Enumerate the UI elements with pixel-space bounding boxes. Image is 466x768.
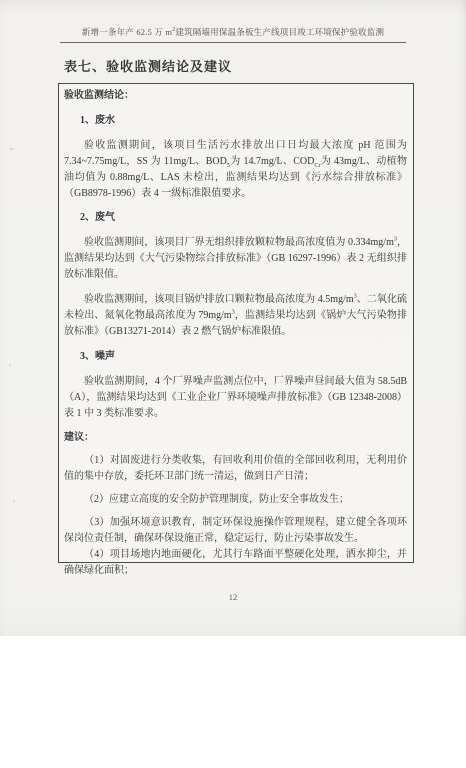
conclusion-heading: 验收监测结论： bbox=[64, 88, 407, 104]
scanned-document-page: 新增一条年产 62.5 万 m2建筑隔墙用保温条板生产线项目竣工环境保护验收监测… bbox=[0, 0, 466, 636]
section-title: 表七、验收监测结论及建议 bbox=[64, 56, 466, 75]
paragraph-fugitive-emissions: 验收监测期间，该项目厂界无组织排放颗粒物最高浓度值为 0.334mg/m3，监测… bbox=[64, 235, 407, 283]
page-number: 12 bbox=[0, 592, 466, 602]
subsection-heading-noise: 3、噪声 bbox=[64, 349, 407, 365]
suggestion-item-2: （2）应建立高度的安全防护管理制度，防止安全事故发生； bbox=[64, 492, 407, 508]
suggestion-item-1: （1）对固废进行分类收集，有回收利用价值的全部回收利用，无利用价值的集中存放，委… bbox=[64, 453, 407, 485]
paragraph-boiler-emissions: 验收监测期间，该项目锅炉排放口颗粒物最高浓度为 4.5mg/m3、二氧化硫未检出… bbox=[64, 292, 407, 340]
subsection-heading-wastewater: 1、废水 bbox=[64, 113, 407, 129]
subsection-heading-waste-gas: 2、废气 bbox=[64, 210, 407, 226]
scan-dust-speck bbox=[9, 364, 11, 366]
suggestion-item-3: （3）加强环境意识教育，制定环保设施操作管理规程，建立健全各项环保岗位责任制，确… bbox=[64, 515, 407, 547]
content-box: 验收监测结论： 1、废水 验收监测期间，该项目生活污水排放出口日均最大浓度 pH… bbox=[58, 83, 414, 563]
suggestion-heading: 建议： bbox=[64, 430, 407, 446]
paragraph-wastewater: 验收监测期间，该项目生活污水排放出口日均最大浓度 pH 范围为 7.34~7.7… bbox=[64, 138, 407, 202]
running-header-text: 新增一条年产 62.5 万 m2建筑隔墙用保温条板生产线项目竣工环境保护验收监测 bbox=[82, 27, 384, 37]
scan-dust-speck bbox=[10, 148, 13, 150]
running-header: 新增一条年产 62.5 万 m2建筑隔墙用保温条板生产线项目竣工环境保护验收监测 bbox=[60, 27, 406, 43]
suggestion-item-4: （4）项目场地内地面硬化，尤其行车路面平整硬化处理，洒水抑尘，并确保绿化面积； bbox=[64, 547, 407, 579]
scan-dust-speck bbox=[13, 500, 15, 502]
paragraph-noise: 验收监测期间，4 个厂界噪声监测点位中，厂界噪声昼间最大值为 58.5dB（A）… bbox=[64, 374, 407, 422]
